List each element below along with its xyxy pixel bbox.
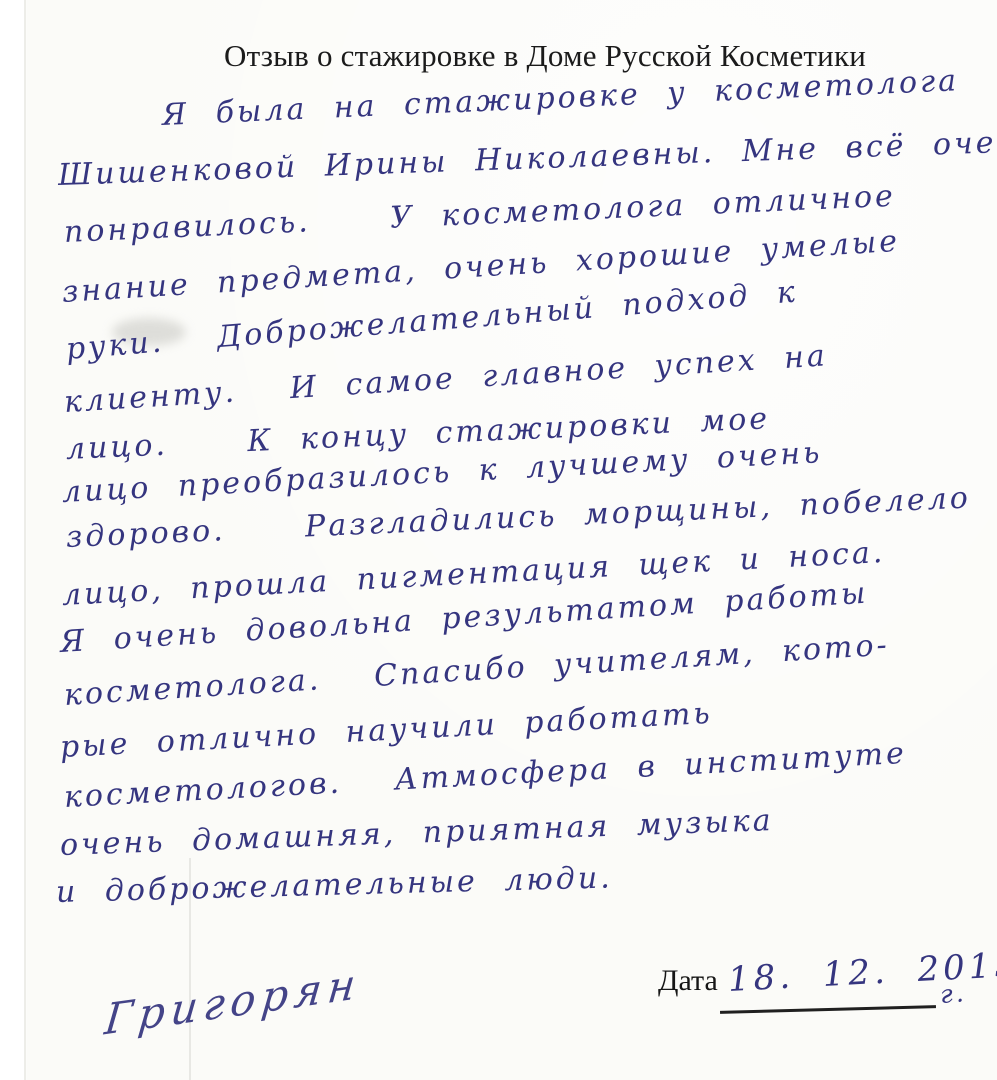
date-label: Дата	[658, 964, 718, 998]
date-suffix: г.	[939, 978, 968, 1009]
scanned-review-page: Отзыв о стажировке в Доме Русской Космет…	[0, 0, 997, 1080]
signature-handwritten: Григорян	[102, 958, 363, 1044]
document-title: Отзыв о стажировке в Доме Русской Космет…	[224, 38, 866, 74]
paper-edge-line	[24, 0, 26, 1080]
date-underline	[720, 1005, 936, 1014]
handwritten-line-15: очень домашняя, приятная музыка	[59, 803, 774, 863]
handwritten-line-16: и доброжелательные люди.	[56, 860, 614, 910]
